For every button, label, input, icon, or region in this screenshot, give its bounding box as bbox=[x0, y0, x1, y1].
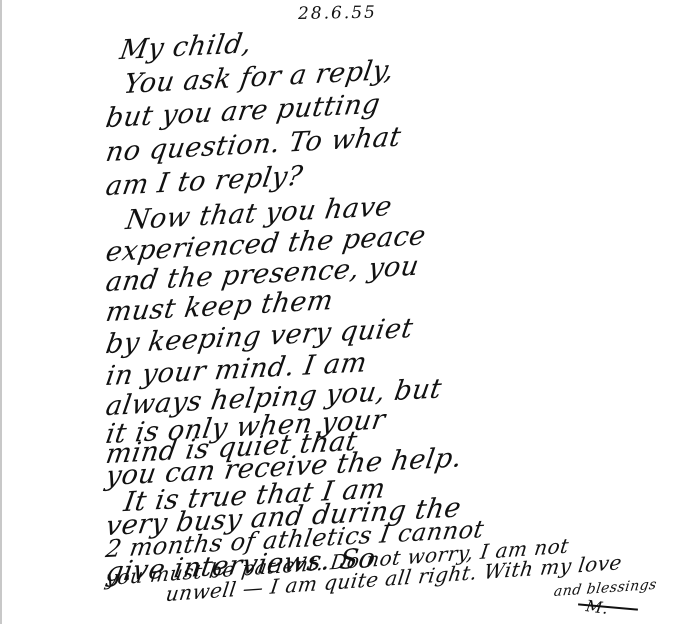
letter-page: 28.6.55 My child, You ask for a reply, b… bbox=[0, 0, 686, 624]
salutation: My child, bbox=[118, 29, 254, 66]
closing: and blessings bbox=[553, 577, 658, 600]
letter-line: am I to reply? bbox=[104, 162, 305, 203]
letter-date: 28.6.55 bbox=[298, 3, 377, 24]
